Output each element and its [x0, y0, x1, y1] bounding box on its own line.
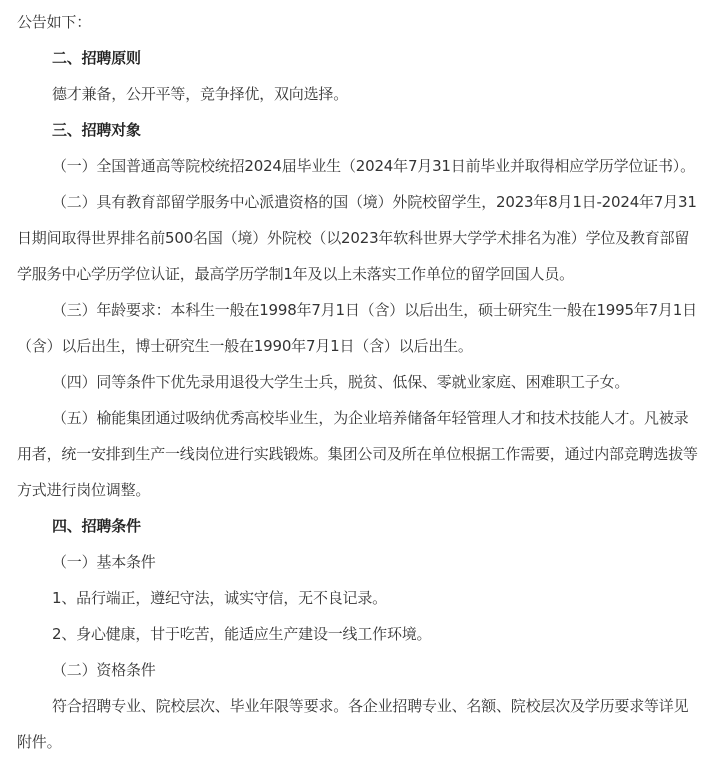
target-item-1: （一）全国普通高等院校统招2024届毕业生（2024年7月31日前毕业并取得相应… [17, 148, 699, 184]
section-heading-principles: 二、招聘原则 [17, 40, 699, 76]
subsection-basic-conditions: （一）基本条件 [17, 544, 699, 580]
qualification-text: 符合招聘专业、院校层次、毕业年限等要求。各企业招聘专业、名额、院校层次及学历要求… [17, 688, 699, 760]
intro-text: 公告如下： [17, 4, 699, 40]
target-item-5: （五）榆能集团通过吸纳优秀高校毕业生，为企业培养储备年轻管理人才和技术技能人才。… [17, 400, 699, 508]
subsection-qualification-conditions: （二）资格条件 [17, 652, 699, 688]
basic-condition-1: 1、品行端正，遵纪守法，诚实守信，无不良记录。 [17, 580, 699, 616]
target-item-4: （四）同等条件下优先录用退役大学生士兵，脱贫、低保、零就业家庭、困难职工子女。 [17, 364, 699, 400]
section-heading-conditions: 四、招聘条件 [17, 508, 699, 544]
basic-condition-2: 2、身心健康，甘于吃苦，能适应生产建设一线工作环境。 [17, 616, 699, 652]
principles-text: 德才兼备，公开平等，竞争择优，双向选择。 [17, 76, 699, 112]
target-item-3: （三）年龄要求：本科生一般在1998年7月1日（含）以后出生，硕士研究生一般在1… [17, 292, 699, 364]
announcement-document: 公告如下： 二、招聘原则 德才兼备，公开平等，竞争择优，双向选择。 三、招聘对象… [17, 4, 699, 760]
target-item-2: （二）具有教育部留学服务中心派遣资格的国（境）外院校留学生，2023年8月1日-… [17, 184, 699, 292]
section-heading-targets: 三、招聘对象 [17, 112, 699, 148]
